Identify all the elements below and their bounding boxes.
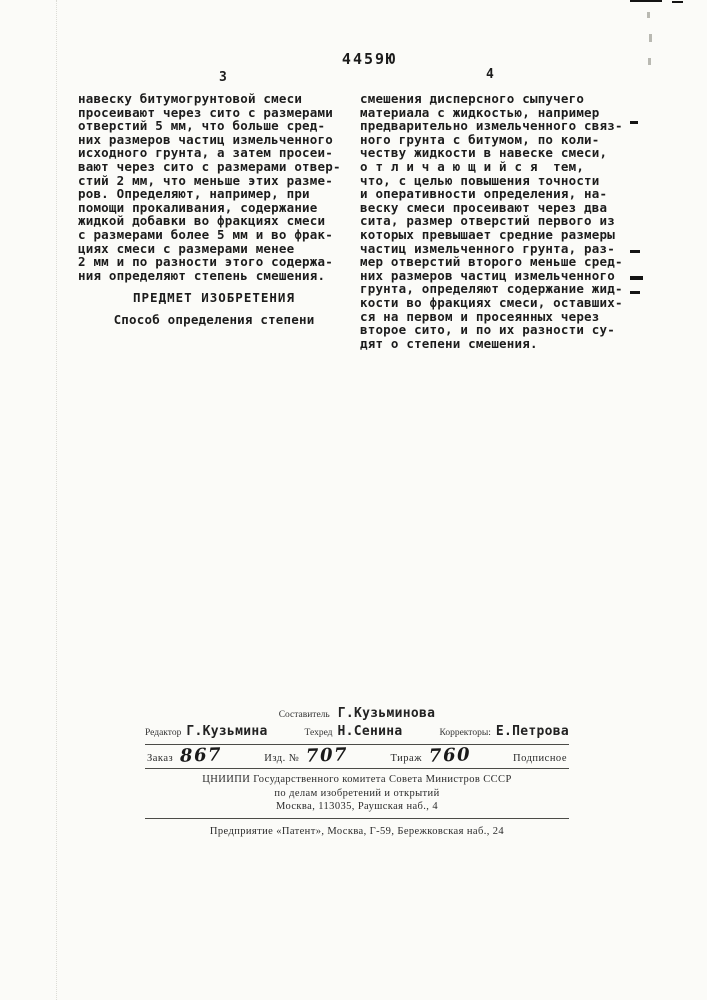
column-number-3: 3 bbox=[219, 70, 227, 85]
izd-label: Изд. № bbox=[264, 753, 299, 764]
scan-artifact bbox=[672, 1, 683, 3]
printer-line: Предприятие «Патент», Москва, Г-59, Бере… bbox=[145, 823, 569, 837]
izd-cell: Изд. № 707 bbox=[264, 749, 348, 764]
left-column: навеску битумогрунтовой смеси просеивают… bbox=[78, 92, 350, 327]
patent-document-page: 4459Ю 3 4 навеску битумогрунтовой смеси … bbox=[0, 0, 707, 1000]
editor-pair: Редактор Г.Кузьмина bbox=[145, 724, 268, 739]
tirazh-label: Тираж bbox=[391, 753, 422, 764]
imprint-rule-bottom bbox=[145, 818, 569, 819]
scan-artifact bbox=[630, 0, 662, 2]
compiler-row: Составитель Г.Кузьминова bbox=[145, 706, 569, 721]
patent-number: 4459Ю bbox=[0, 50, 707, 68]
claim-start-text: Способ определения степени bbox=[78, 313, 350, 327]
org-line-1: ЦНИИПИ Государственного комитета Совета … bbox=[145, 773, 569, 787]
right-column: смешения дисперсного сыпучего материала … bbox=[360, 92, 650, 350]
editor-name: Г.Кузьмина bbox=[186, 724, 267, 739]
correctors-name: Е.Петрова bbox=[496, 724, 569, 739]
compiler-label: Составитель bbox=[279, 710, 330, 720]
imprint-rule-middle bbox=[145, 768, 569, 769]
editors-row: Редактор Г.Кузьмина Техред Н.Сенина Корр… bbox=[145, 724, 569, 739]
scan-fold-line bbox=[56, 0, 57, 1000]
tirazh-number: 760 bbox=[429, 748, 472, 763]
izd-number: 707 bbox=[306, 748, 349, 763]
org-line-2: по делам изобретений и открытий bbox=[145, 787, 569, 801]
org-block: ЦНИИПИ Государственного комитета Совета … bbox=[145, 773, 569, 814]
order-row: Заказ 867 Изд. № 707 Тираж 760 Подписное bbox=[147, 749, 567, 764]
correctors-pair: Корректоры: Е.Петрова bbox=[439, 724, 569, 739]
claims-heading: ПРЕДМЕТ ИЗОБРЕТЕНИЯ bbox=[78, 291, 350, 305]
compiler-name: Г.Кузьминова bbox=[338, 706, 436, 721]
techred-pair: Техред Н.Сенина bbox=[305, 724, 403, 739]
order-number: 867 bbox=[180, 748, 223, 763]
scan-artifact bbox=[647, 12, 650, 18]
imprint-block: Составитель Г.Кузьминова Редактор Г.Кузь… bbox=[145, 706, 569, 837]
techred-label: Техред bbox=[305, 728, 333, 738]
correctors-label: Корректоры: bbox=[439, 728, 490, 738]
podpisnoe-label: Подписное bbox=[513, 753, 567, 764]
scan-artifact bbox=[649, 34, 652, 42]
order-cell: Заказ 867 bbox=[147, 749, 222, 764]
tirazh-cell: Тираж 760 bbox=[391, 749, 472, 764]
order-label: Заказ bbox=[147, 753, 173, 764]
left-column-text: навеску битумогрунтовой смеси просеивают… bbox=[78, 92, 350, 282]
editor-label: Редактор bbox=[145, 728, 181, 738]
column-number-4: 4 bbox=[486, 67, 494, 82]
techred-name: Н.Сенина bbox=[338, 724, 403, 739]
org-line-3: Москва, 113035, Раушская наб., 4 bbox=[145, 800, 569, 814]
right-column-text: смешения дисперсного сыпучего материала … bbox=[360, 92, 650, 350]
